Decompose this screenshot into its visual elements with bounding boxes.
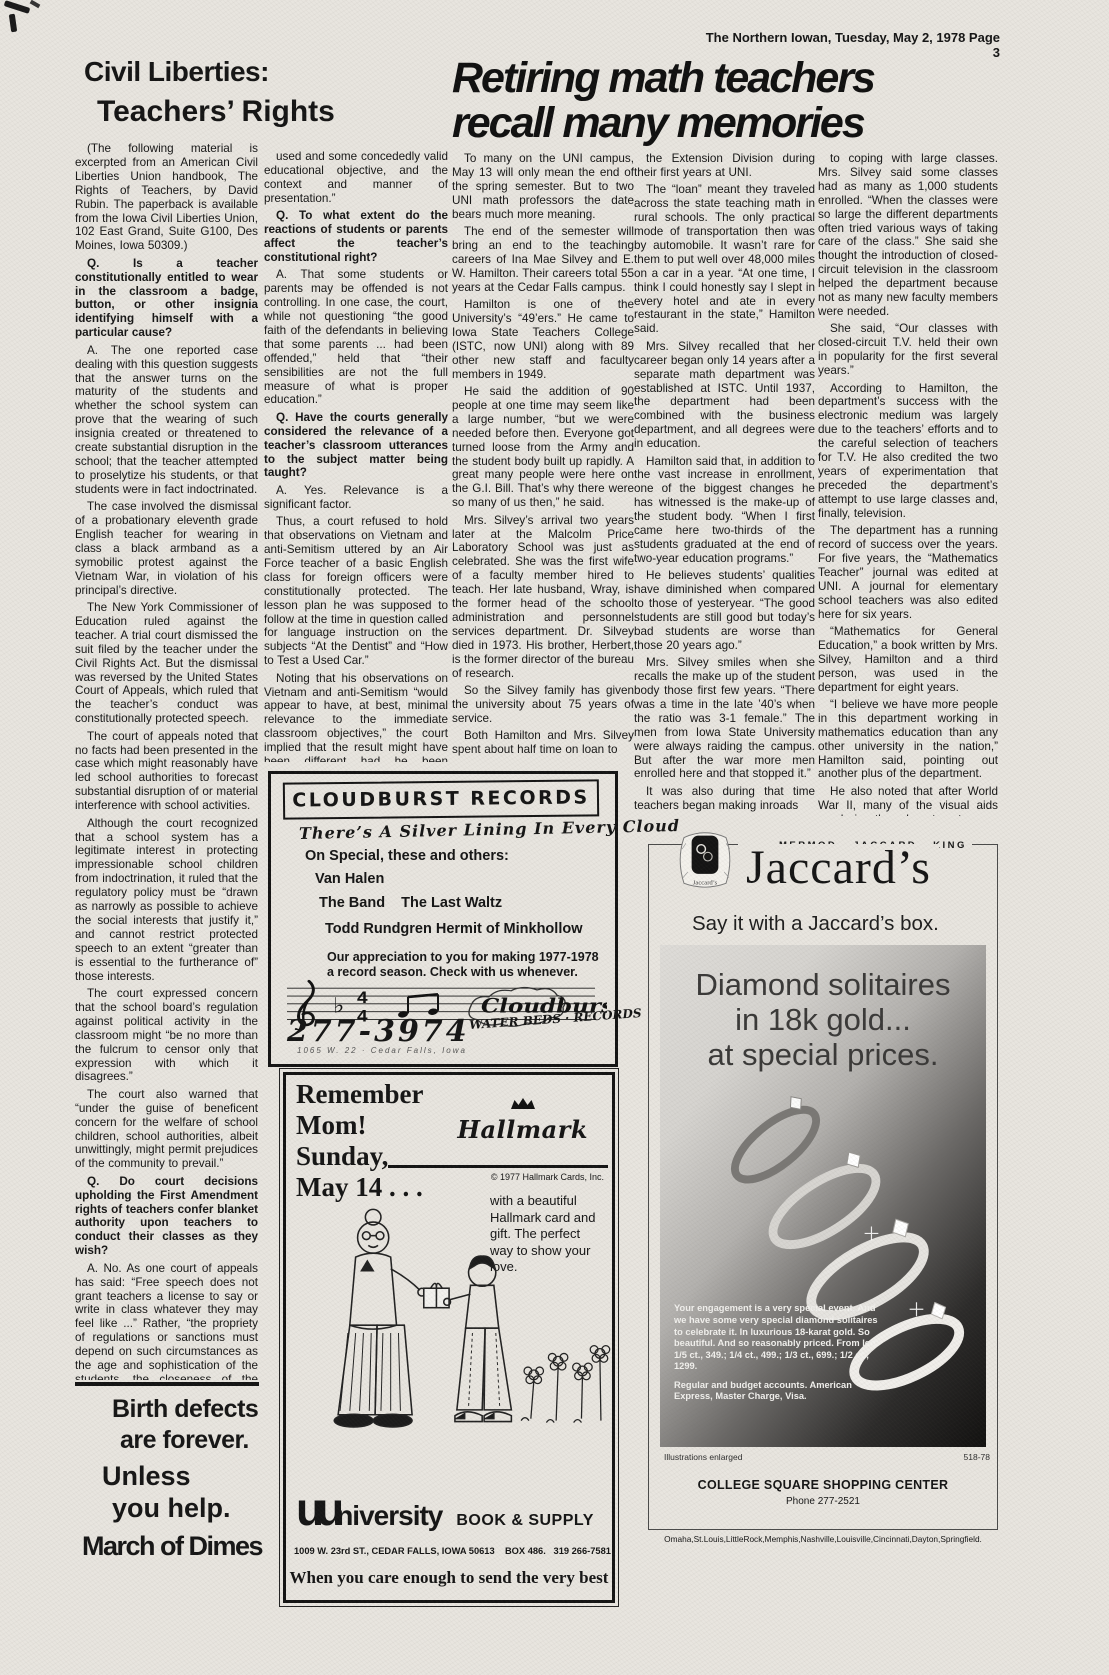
paragraph: He said the addition of 90 people at one…	[452, 385, 634, 510]
paragraph: A. That some students or parents may be …	[264, 268, 448, 407]
civil-column-2: used and some concededly valid education…	[264, 150, 448, 762]
headline-line: recall many memories	[452, 101, 874, 146]
paragraph: A. No. As one court of appeals has said:…	[75, 1262, 258, 1380]
ubs-uu-mark: uu	[296, 1483, 336, 1535]
paragraph: Hamilton is one of the University’s “49’…	[452, 298, 634, 381]
paragraph: Although the court recognized that a sch…	[75, 817, 258, 984]
math-column-2: the Extension Division during their firs…	[634, 152, 815, 910]
paragraph: The New York Commissioner of Education r…	[75, 601, 258, 726]
jaccards-tagline: Say it with a Jaccard’s box.	[692, 912, 939, 936]
jaccards-headline: Diamond solitaires in 18k gold... at spe…	[660, 945, 986, 1072]
headline-line: Retiring math teachers	[452, 56, 874, 101]
march-of-dimes-ad: Birth defects are forever. Unless you he…	[80, 1394, 275, 1562]
paragraph: The court expressed concern that the sch…	[75, 987, 258, 1084]
paragraph: Q. Do court decisions upholding the Firs…	[75, 1175, 258, 1258]
ring-box-icon: Jaccard’s	[676, 828, 734, 891]
ubs-name: niversity	[336, 1500, 442, 1531]
jaccards-photo: Diamond solitaires in 18k gold... at spe…	[660, 945, 986, 1447]
newspaper-page: The Northern Iowan, Tuesday, May 2, 1978…	[0, 0, 1109, 1675]
paragraph: The end of the semester will bring an en…	[452, 225, 634, 295]
paragraph: Q. Is a teacher constitutionally entitle…	[75, 257, 258, 340]
headline-line: in 18k gold...	[660, 1002, 986, 1037]
civil-article-title: Teachers’ Rights	[97, 95, 335, 129]
specials-heading: On Special, these and others:	[305, 848, 509, 864]
paragraph: “Mathematics for General Education,” a b…	[818, 625, 998, 695]
remember-line: Mom!	[296, 1110, 423, 1141]
paragraph: The court also warned that “under the gu…	[75, 1088, 258, 1171]
mod-brand: March of Dimes	[82, 1530, 275, 1562]
cloudburst-fine-print: 1065 W. 22 · Cedar Falls, Iowa	[297, 1046, 467, 1055]
paragraph: A. Yes. Relevance is a significant facto…	[264, 484, 448, 512]
mod-line: you help.	[112, 1492, 275, 1524]
special-item: Van Halen	[315, 871, 384, 887]
paragraph: A. The one reported case dealing with th…	[75, 344, 258, 497]
ubs-logo: uuniversityBOOK & SUPPLY	[296, 1482, 594, 1536]
ad-code: 518-78	[964, 1452, 990, 1462]
ring-box-label: Jaccard’s	[693, 879, 718, 886]
remember-line: Remember	[296, 1079, 423, 1110]
headline-line: at special prices.	[660, 1037, 986, 1072]
mod-line: are forever.	[120, 1425, 275, 1456]
hallmark-copyright: © 1977 Hallmark Cards, Inc.	[491, 1172, 604, 1182]
paragraph: According to Hamilton, the department’s …	[818, 382, 998, 521]
civil-article-kicker: Civil Liberties:	[84, 56, 269, 88]
paragraph: Mrs. Silvey’s arrival two years later at…	[452, 514, 634, 681]
scan-artifact	[4, 0, 31, 14]
article-end-rule	[75, 1382, 259, 1386]
paragraph: Noting that his observations on Vietnam …	[264, 672, 448, 762]
jaccards-body-text: Your engagement is a very special event.…	[674, 1303, 880, 1373]
scan-artifact	[30, 0, 41, 8]
paragraph: used and some concededly valid education…	[264, 150, 448, 206]
jaccards-ad: Jaccard’s MERMOD · JACCARD · KING Jaccar…	[642, 828, 1004, 1552]
paragraph: Mrs. Silvey recalled that her career beg…	[634, 340, 815, 451]
mod-line: Unless	[102, 1460, 275, 1492]
jaccards-accounts-text: Regular and budget accounts. American Ex…	[674, 1380, 880, 1403]
hallmark-wordmark: Hallmark	[457, 1115, 588, 1144]
paragraph: Q. Have the courts generally considered …	[264, 411, 448, 481]
hallmark-slogan: When you care enough to send the very be…	[286, 1568, 612, 1588]
paragraph: She said, “Our classes with closed-circu…	[818, 322, 998, 378]
paragraph: Thus, a court refused to hold that obser…	[264, 515, 448, 668]
hallmark-logo: Hallmark	[457, 1097, 588, 1144]
paragraph: the Extension Division during their firs…	[634, 152, 815, 180]
ubs-address: 1009 W. 23rd ST., CEDAR FALLS, IOWA 5061…	[294, 1546, 611, 1556]
illustrations-note: Illustrations enlarged	[664, 1452, 742, 1462]
paragraph: to coping with large classes. Mrs. Silve…	[818, 152, 998, 319]
divider-rule	[388, 1165, 608, 1168]
cloudburst-logo: CLOUDBURST RECORDS	[283, 779, 599, 819]
crown-icon	[510, 1097, 536, 1110]
mod-line: Birth defects	[112, 1394, 275, 1425]
cloudburst-tagline: There’s A Silver Lining In Every Cloud	[299, 816, 680, 843]
jaccards-footnote-strip: Illustrations enlarged 518-78	[660, 1449, 994, 1462]
special-item: Todd Rundgren Hermit of Minkhollow	[325, 921, 582, 937]
flowers-illustration	[521, 1346, 610, 1423]
cloudburst-phone: 277-3974	[287, 1014, 470, 1049]
cloudburst-records-ad: CLOUDBURST RECORDS There’s A Silver Lini…	[268, 771, 618, 1067]
remember-mom-headline: Remember Mom! Sunday, May 14 . . .	[296, 1079, 423, 1203]
paragraph: The department has a running record of s…	[818, 524, 998, 621]
special-item: The Band The Last Waltz	[319, 895, 502, 911]
paragraph: Hamilton said that, in addition to the v…	[634, 455, 815, 566]
jaccards-phone: Phone 277-2521	[642, 1496, 1004, 1507]
paragraph: Q. To what extent do the reactions of st…	[264, 209, 448, 265]
paragraph: So the Silvey family has given the unive…	[452, 684, 634, 726]
paragraph: The case involved the dismissal of a pro…	[75, 500, 258, 597]
hallmark-ad: Remember Mom! Sunday, May 14 . . . Hallm…	[279, 1068, 619, 1607]
paragraph: The “loan” meant they traveled across th…	[634, 183, 815, 336]
paragraph: He believes students’ qualities have dim…	[634, 569, 815, 652]
math-column-3: to coping with large classes. Mrs. Silve…	[818, 152, 998, 816]
jaccards-wordmark: Jaccard’s	[738, 844, 939, 896]
time-signature-top: 4	[357, 988, 368, 1007]
paragraph: It was also during that time teachers be…	[634, 785, 815, 813]
mothers-day-illustration	[288, 1187, 616, 1479]
main-headline: Retiring math teachers recall many memor…	[452, 56, 874, 146]
scan-artifact	[9, 14, 17, 33]
jaccards-cities: Omaha,St.Louis,LittleRock,Memphis,Nashvi…	[642, 1534, 1004, 1544]
headline-line: Diamond solitaires	[660, 967, 986, 1002]
paragraph: Mrs. Silvey smiles when she recalls the …	[634, 656, 815, 781]
hallmark-ad-inner-frame: Remember Mom! Sunday, May 14 . . . Hallm…	[283, 1072, 615, 1603]
ubs-dept: BOOK & SUPPLY	[456, 1512, 594, 1529]
shopping-center-name: COLLEGE SQUARE SHOPPING CENTER	[642, 1478, 1004, 1492]
paragraph: The court of appeals noted that no facts…	[75, 730, 258, 813]
paragraph: (The following material is excerpted fro…	[75, 142, 258, 253]
civil-column-1: (The following material is excerpted fro…	[75, 142, 258, 1380]
math-column-1: To many on the UNI campus, May 13 will o…	[452, 152, 634, 828]
paragraph: “I believe we have more people in this d…	[818, 698, 998, 781]
paragraph: He also noted that after World War II, m…	[818, 785, 998, 816]
paragraph: Both Hamilton and Mrs. Silvey spent abou…	[452, 729, 634, 757]
paragraph: To many on the UNI campus, May 13 will o…	[452, 152, 634, 222]
